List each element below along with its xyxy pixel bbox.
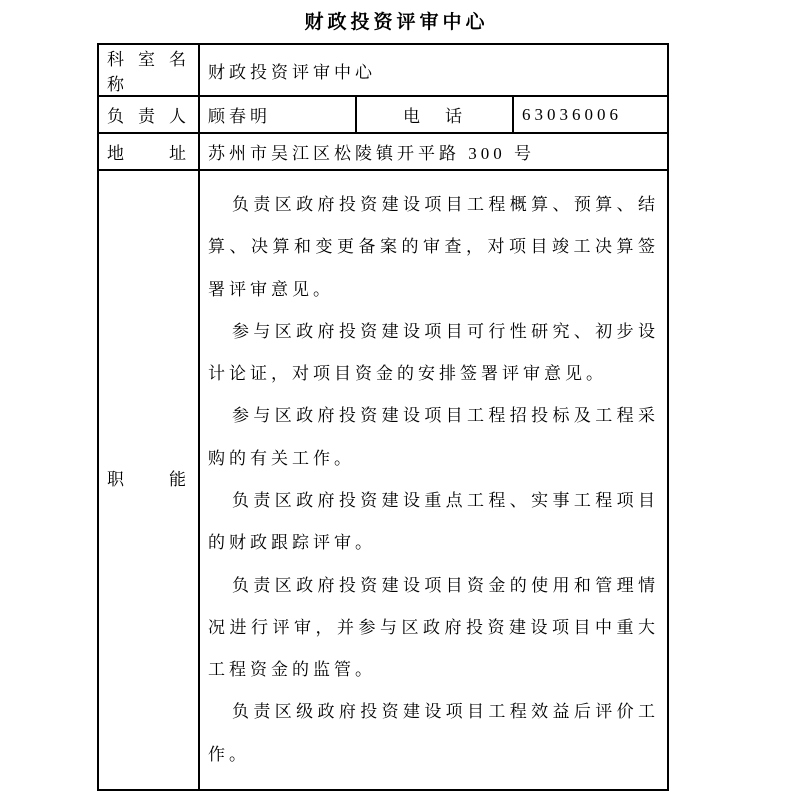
manager-label: 负责人 <box>98 96 199 133</box>
function-paragraph: 负责区政府投资建设项目资金的使用和管理情况进行评审，并参与区政府投资建设项目中重… <box>208 565 659 692</box>
address-value: 苏州市吴江区松陵镇开平路 300 号 <box>199 133 668 170</box>
function-paragraph: 负责区政府投资建设重点工程、实事工程项目的财政跟踪评审。 <box>208 480 659 565</box>
functions-value: 负责区政府投资建设项目工程概算、预算、结算、决算和变更备案的审查，对项目竣工决算… <box>199 170 668 790</box>
manager-value: 顾春明 <box>199 96 356 133</box>
address-label: 地址 <box>98 133 199 170</box>
function-paragraph: 负责区级政府投资建设项目工程效益后评价工作。 <box>208 691 659 776</box>
info-table: 科室名称 财政投资评审中心 负责人 顾春明 电 话 63036006 地址 苏州… <box>97 43 669 791</box>
function-paragraph: 负责区政府投资建设项目工程概算、预算、结算、决算和变更备案的审查，对项目竣工决算… <box>208 184 659 311</box>
table-row-department: 科室名称 财政投资评审中心 <box>98 44 668 96</box>
document-page: 财政投资评审中心 科室名称 财政投资评审中心 负责人 顾春明 电 话 63036… <box>0 0 793 794</box>
table-row-address: 地址 苏州市吴江区松陵镇开平路 300 号 <box>98 133 668 170</box>
department-label: 科室名称 <box>98 44 199 96</box>
page-title: 财政投资评审中心 <box>0 7 793 34</box>
function-paragraph: 参与区政府投资建设项目工程招投标及工程采购的有关工作。 <box>208 395 659 480</box>
phone-value: 63036006 <box>513 96 668 133</box>
functions-label: 职能 <box>98 170 199 790</box>
table-row-functions: 职能 负责区政府投资建设项目工程概算、预算、结算、决算和变更备案的审查，对项目竣… <box>98 170 668 790</box>
department-value: 财政投资评审中心 <box>199 44 668 96</box>
function-paragraph: 参与区政府投资建设项目可行性研究、初步设计论证，对项目资金的安排签署评审意见。 <box>208 311 659 396</box>
phone-label: 电 话 <box>356 96 513 133</box>
table-row-manager-phone: 负责人 顾春明 电 话 63036006 <box>98 96 668 133</box>
